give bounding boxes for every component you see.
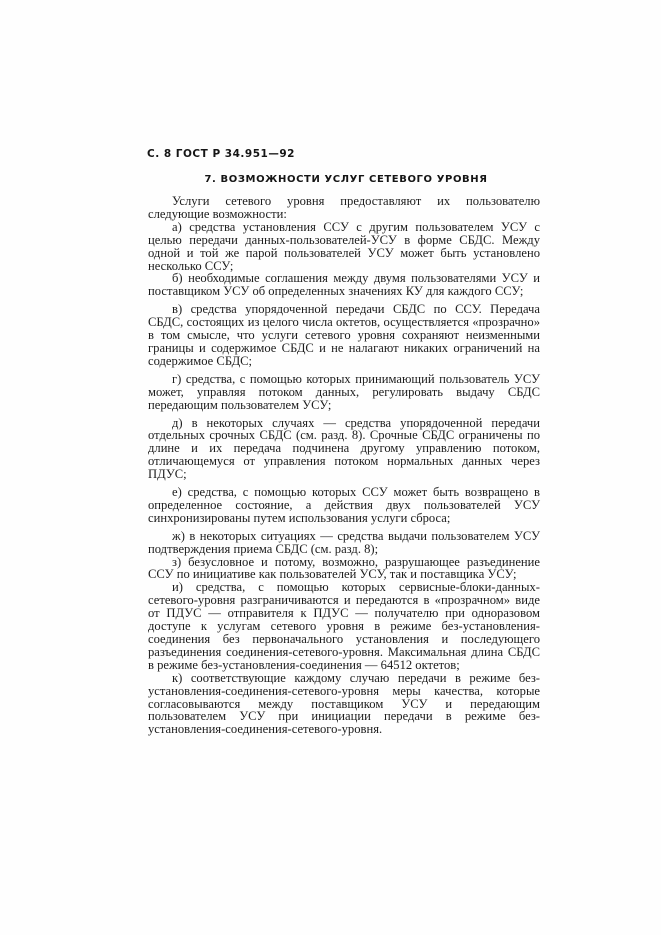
- paragraph-zh: ж) в некоторых ситуациях — средства выда…: [148, 530, 540, 556]
- paragraph-v: в) средства упорядоченной передачи СБДС …: [148, 303, 540, 368]
- paragraph-b: б) необходимые соглашения между двумя по…: [148, 272, 540, 298]
- paragraph-k: к) соответствующие каждому случаю переда…: [148, 672, 540, 737]
- paragraph-g: г) средства, с помощью которых принимающ…: [148, 373, 540, 412]
- paragraph-z: з) безусловное и потому, возможно, разру…: [148, 556, 540, 582]
- paragraph-e: е) средства, с помощью которых ССУ может…: [148, 486, 540, 525]
- page-header: С. 8 ГОСТ Р 34.951—92: [147, 148, 295, 160]
- section-body: Услуги сетевого уровня предоставляют их …: [148, 195, 540, 736]
- paragraph-i: и) средства, с помощью которых сервисные…: [148, 581, 540, 671]
- section-title: 7. ВОЗМОЖНОСТИ УСЛУГ СЕТЕВОГО УРОВНЯ: [150, 174, 542, 185]
- document-page: С. 8 ГОСТ Р 34.951—92 7. ВОЗМОЖНОСТИ УСЛ…: [0, 0, 661, 935]
- paragraph-a: а) средства установления ССУ с другим по…: [148, 221, 540, 273]
- paragraph-d: д) в некоторых случаях — средства упоряд…: [148, 417, 540, 482]
- paragraph-intro: Услуги сетевого уровня предоставляют их …: [148, 195, 540, 221]
